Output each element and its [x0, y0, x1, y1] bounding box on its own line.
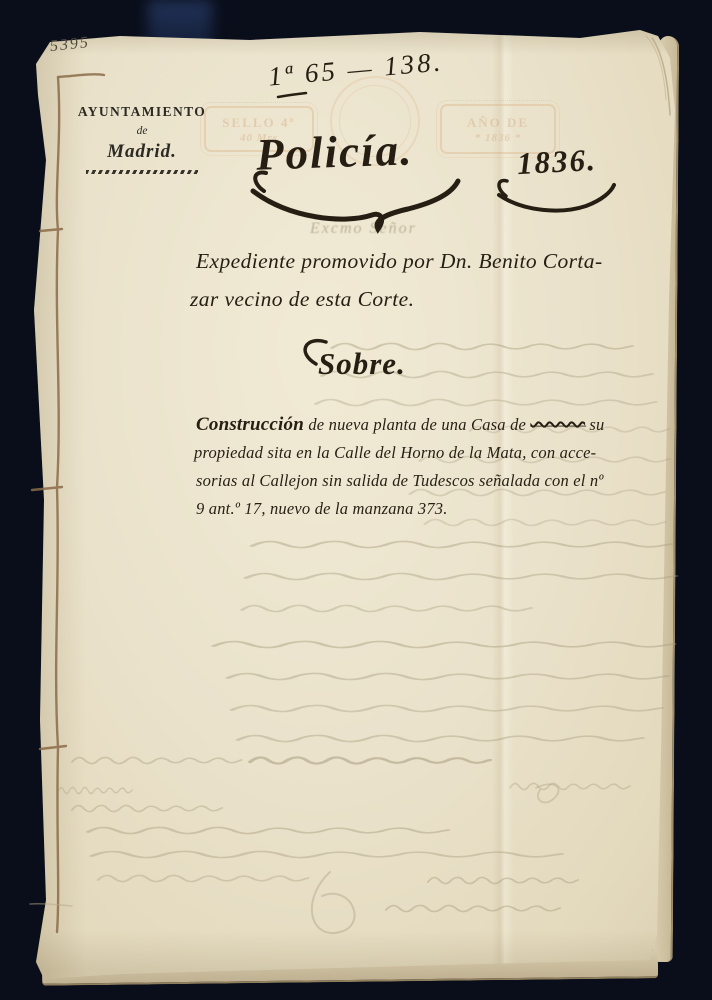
- document-scan: SELLO 4º 40 Mrs AÑO DE * 1836 * AYUNTAMI…: [0, 0, 712, 1000]
- description-line-3: sorias al Callejon sin salida de Tudesco…: [196, 471, 604, 491]
- sobre-label: Sobre.: [318, 346, 406, 382]
- tax-stamp-year-label: AÑO DE: [442, 115, 554, 131]
- document-title: Policía.: [255, 123, 414, 180]
- subject-line-2: zar vecino de esta Corte.: [190, 287, 414, 312]
- document-year: 1836.: [516, 142, 598, 182]
- tax-stamp-year-value: * 1836 *: [442, 132, 554, 144]
- description-lead-word: Construcción: [196, 414, 304, 435]
- letterhead-de: de: [72, 125, 212, 137]
- description-line-2: propiedad sita en la Calle del Horno de …: [194, 443, 596, 463]
- description-line-1: Construcción de nueva planta de una Casa…: [196, 414, 604, 436]
- letterhead: AYUNTAMIENTO de Madrid.: [72, 104, 212, 174]
- description-line-1-end: su: [585, 415, 604, 434]
- letterhead-ayuntamiento: AYUNTAMIENTO: [72, 104, 212, 120]
- description-line-4: 9 ant.º 17, nuevo de la manzana 373.: [196, 499, 448, 519]
- description-line-1-text: de nueva planta de una Casa de: [304, 415, 530, 434]
- letterhead-madrid: Madrid.: [72, 141, 212, 163]
- subject-line-1: Expediente promovido por Dn. Benito Cort…: [196, 249, 603, 274]
- letterhead-rule: [86, 170, 198, 174]
- struck-out-word: ————: [530, 415, 585, 434]
- ghost-heading: Excmo Señor: [310, 220, 417, 238]
